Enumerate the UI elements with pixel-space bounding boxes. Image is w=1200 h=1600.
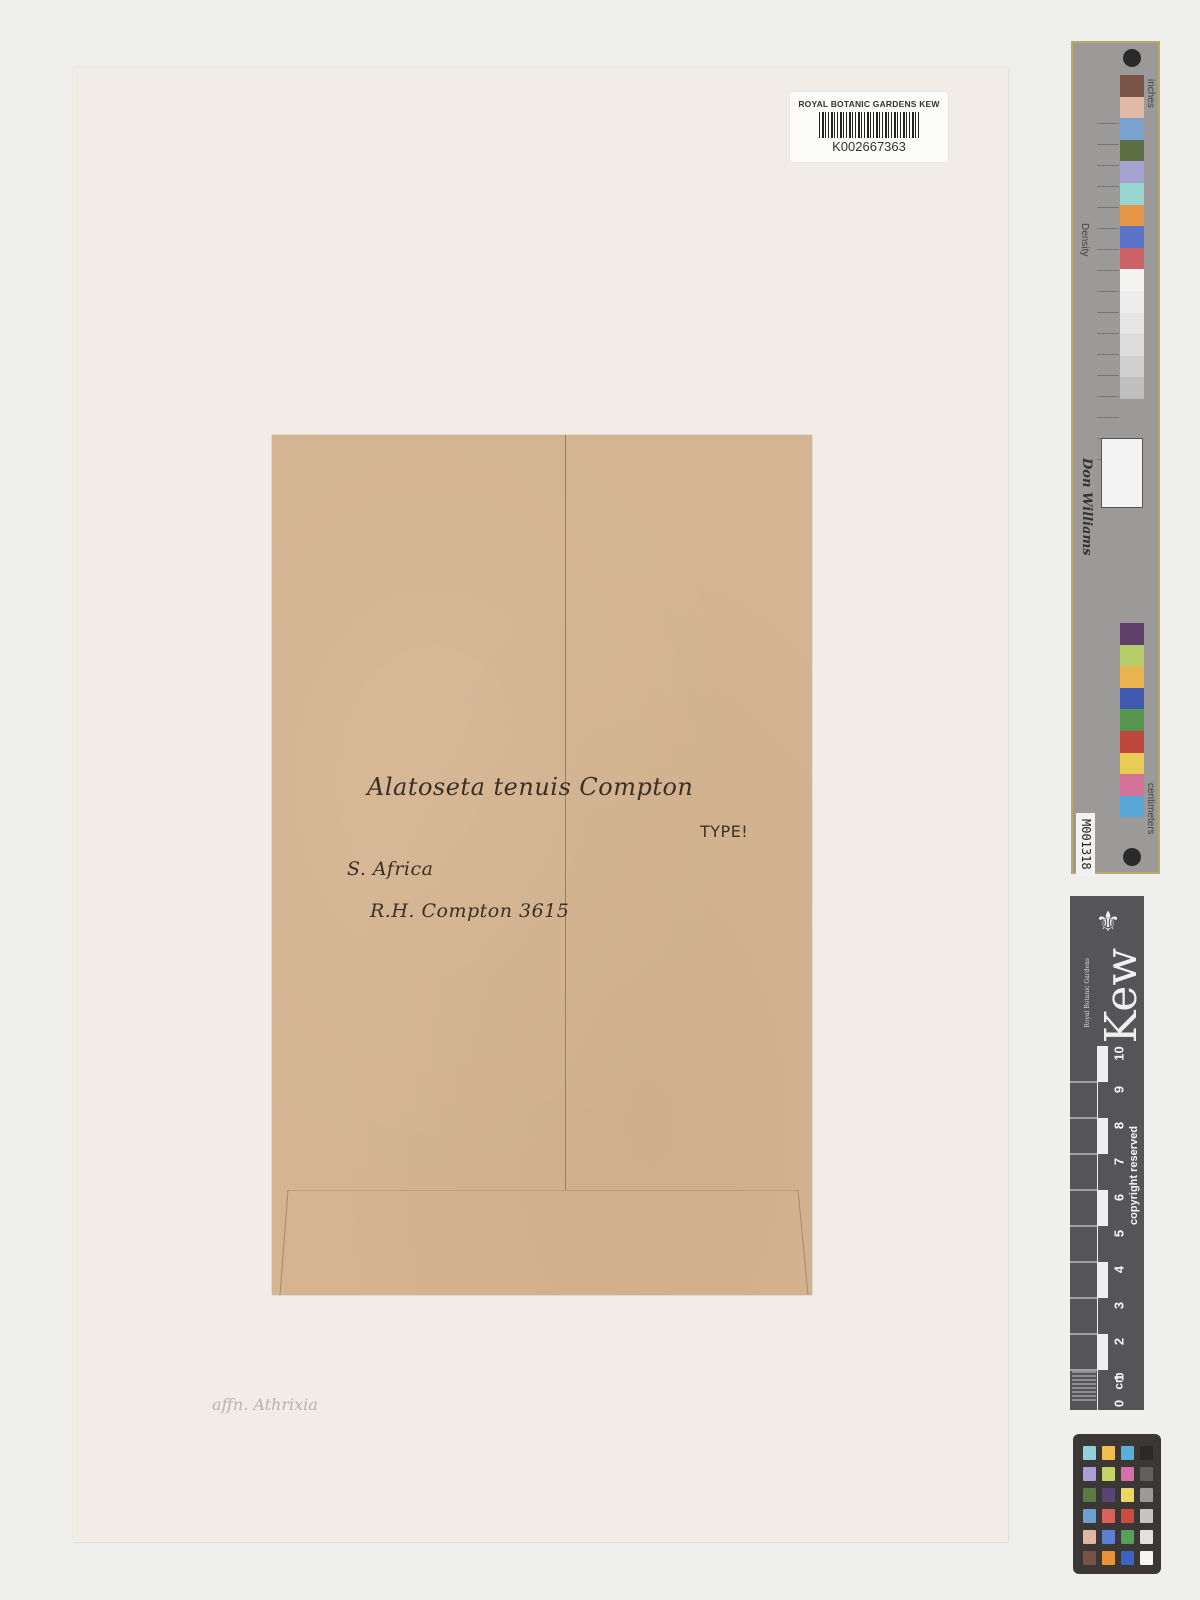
envelope-flap — [272, 1190, 812, 1295]
checker-cell — [1121, 1467, 1134, 1481]
checker-cell — [1083, 1446, 1096, 1460]
scale-digit: 4 — [1112, 1259, 1127, 1281]
copyright-label: copyright reserved — [1128, 1126, 1140, 1225]
colour-patch — [1120, 248, 1144, 270]
colour-patch — [1120, 731, 1144, 753]
colour-patch — [1120, 709, 1144, 731]
checker-cell — [1140, 1551, 1153, 1565]
checker-cell — [1102, 1530, 1115, 1544]
checker-cell — [1102, 1446, 1115, 1460]
top-colour-patches — [1120, 75, 1144, 399]
scale-digit: 6 — [1112, 1187, 1127, 1209]
checker-cell — [1102, 1488, 1115, 1502]
checker-cell — [1121, 1530, 1134, 1544]
scale-digit: 8 — [1112, 1115, 1127, 1137]
kew-scale-bar: ⚜ Royal Botanic Gardens Kew 10 9 8 — [1070, 896, 1144, 1410]
checker-cell — [1121, 1551, 1134, 1565]
scale-digit: 5 — [1112, 1223, 1127, 1245]
crest-icon: ⚜ — [1090, 904, 1126, 940]
checker-cell — [1140, 1467, 1153, 1481]
checker-cell — [1140, 1530, 1153, 1544]
checker-cell — [1083, 1488, 1096, 1502]
colour-patch — [1120, 183, 1144, 205]
density-grid — [1097, 103, 1119, 463]
colour-patch — [1120, 753, 1144, 775]
inches-label: inches — [1145, 79, 1156, 108]
barcode-number: K002667363 — [790, 139, 948, 154]
bottom-colour-patches — [1120, 623, 1144, 817]
checker-cell — [1140, 1488, 1153, 1502]
handwritten-collector: R.H. Compton 3615 — [370, 900, 569, 922]
colour-patch — [1120, 97, 1144, 119]
handwritten-type-status: TYPE! — [700, 822, 748, 841]
kew-subtitle: Royal Botanic Gardens — [1084, 958, 1091, 1028]
colour-patch — [1120, 291, 1144, 313]
mini-colour-checker — [1073, 1434, 1161, 1574]
barcode-icon — [819, 112, 919, 138]
checker-cell — [1140, 1446, 1153, 1460]
colour-patch — [1120, 75, 1144, 97]
colour-calibration-bar: inches centimeters Density Don Williams … — [1071, 41, 1160, 874]
scale-digit: 7 — [1112, 1151, 1127, 1173]
colour-patch — [1120, 623, 1144, 645]
scale-digit: 10 — [1112, 1043, 1127, 1065]
unit-label: cm — [1112, 1372, 1126, 1389]
colour-patch — [1120, 140, 1144, 162]
scale-digit: 0 — [1112, 1393, 1127, 1415]
hole-icon — [1123, 49, 1141, 67]
checker-cell — [1121, 1488, 1134, 1502]
kew-logo: Kew — [1100, 948, 1144, 1043]
scale-digit: 9 — [1112, 1079, 1127, 1101]
hole-icon — [1123, 848, 1141, 866]
envelope-seam — [565, 435, 566, 1190]
colour-bar-id: M001318 — [1076, 813, 1095, 876]
density-label: Density — [1079, 223, 1090, 256]
checker-cell — [1140, 1509, 1153, 1523]
checker-cell — [1083, 1530, 1096, 1544]
checker-cell — [1102, 1467, 1115, 1481]
colour-patch — [1120, 334, 1144, 356]
checker-cell — [1102, 1551, 1115, 1565]
institution-name: ROYAL BOTANIC GARDENS KEW — [790, 99, 948, 109]
colour-patch — [1120, 161, 1144, 183]
handwritten-locality: S. Africa — [347, 858, 433, 880]
colour-patch — [1120, 796, 1144, 818]
colour-patch — [1120, 774, 1144, 796]
checker-cell — [1102, 1509, 1115, 1523]
colour-patch — [1120, 269, 1144, 291]
centimeters-label: centimeters — [1145, 783, 1156, 835]
checker-cell — [1083, 1551, 1096, 1565]
pencil-annotation: affn. Athrixia — [212, 1395, 318, 1414]
scale-digit: 2 — [1112, 1331, 1127, 1353]
scale-digits: 10 9 8 7 6 5 4 3 2 1 0 — [1108, 1046, 1130, 1410]
colour-patch — [1120, 377, 1144, 399]
colour-patch — [1120, 118, 1144, 140]
checker-cell — [1083, 1467, 1096, 1481]
colour-patch — [1120, 226, 1144, 248]
colour-patch — [1120, 205, 1144, 227]
colour-patch — [1120, 666, 1144, 688]
scale-digit: 3 — [1112, 1295, 1127, 1317]
handwritten-taxon-name: Alatoseta tenuis Compton — [367, 773, 693, 801]
checker-cell — [1121, 1446, 1134, 1460]
barcode-label: ROYAL BOTANIC GARDENS KEW K002667363 — [790, 92, 948, 162]
checker-cell — [1121, 1509, 1134, 1523]
brand-label: Don Williams — [1079, 458, 1094, 556]
colour-patch — [1120, 356, 1144, 378]
colour-patch — [1120, 313, 1144, 335]
colour-patch — [1120, 688, 1144, 710]
scale-blocks — [1070, 1046, 1110, 1410]
target-icon — [1101, 438, 1143, 508]
checker-cell — [1083, 1509, 1096, 1523]
colour-patch — [1120, 645, 1144, 667]
